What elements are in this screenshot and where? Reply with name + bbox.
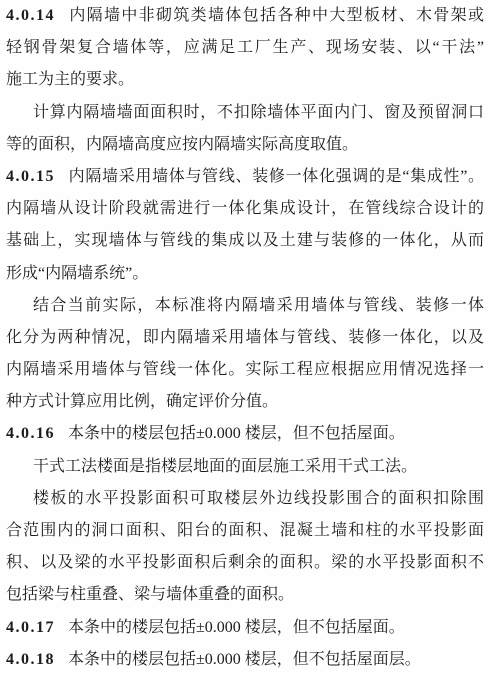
text-line: 4.0.17本条中的楼层包括±0.000 楼层，但不包括屋面。 [6,612,484,644]
line-text: 种方式计算应用比例，确定评价分值。 [6,393,278,410]
text-line: 化分为两种情况，即内隔墙采用墙体与管线、装修一体化，以及 [6,322,484,354]
line-text: 基础上，实现墙体与管线的集成以及土建与装修的一体化，从而 [6,232,484,249]
line-text: 干式工法楼面是指楼层地面的面层施工采用干式工法。 [6,458,417,475]
clause-number: 4.0.15 [6,168,55,185]
line-text: 等的面积，内隔墙高度应按内隔墙实际高度取值。 [6,136,358,153]
line-text: 计算内隔墙墙面面积时，不扣除墙体平面内门、窗及预留洞口 [6,104,484,121]
line-text: 轻钢骨架复合墙体等，应满足工厂生产、现场安装、以“干法” [6,39,484,56]
text-line: 包括梁与柱重叠、梁与墙体重叠的面积。 [6,579,484,611]
line-text: 内隔墙采用墙体与管线、装修一体化强调的是“集成性”。 [68,168,484,185]
text-line: 结合当前实际，本标准将内隔墙采用墙体与管线、装修一体 [6,290,484,322]
line-text: 本条中的楼层包括±0.000 楼层，但不包括屋面。 [68,425,405,442]
text-line: 施工为主的要求。 [6,64,484,96]
text-line: 干式工法楼面是指楼层地面的面层施工采用干式工法。 [6,451,484,483]
line-text: 内隔墙从设计阶段就需进行一体化集成设计，在管线综合设计的 [6,200,484,217]
text-line: 楼板的水平投影面积可取楼层外边线投影围合的面积扣除围 [6,483,484,515]
line-text: 施工为主的要求。 [6,71,134,88]
text-line: 内隔墙从设计阶段就需进行一体化集成设计，在管线综合设计的 [6,193,484,225]
text-line: 积、以及梁的水平投影面积后剩余的面积。梁的水平投影面积不 [6,547,484,579]
text-line: 等的面积，内隔墙高度应按内隔墙实际高度取值。 [6,129,484,161]
line-text: 内隔墙中非砌筑类墙体包括各种中大型板材、木骨架或 [68,7,484,24]
clause-number: 4.0.16 [6,425,55,442]
text-line: 内隔墙采用墙体与管线一体化。实际工程应根据应用情况选择一 [6,354,484,386]
line-text: 形成“内隔墙系统”。 [6,265,148,282]
line-text: 包括梁与柱重叠、梁与墙体重叠的面积。 [6,586,294,603]
clause-number: 4.0.17 [6,619,55,636]
text-line: 4.0.15内隔墙采用墙体与管线、装修一体化强调的是“集成性”。 [6,161,484,193]
text-line: 4.0.18本条中的楼层包括±0.000 楼层，但不包括屋面层。 [6,644,484,676]
text-line: 合范围内的洞口面积、阳台的面积、混凝土墙和柱的水平投影面 [6,515,484,547]
text-line: 4.0.14内隔墙中非砌筑类墙体包括各种中大型板材、木骨架或 [6,0,484,32]
line-text: 合范围内的洞口面积、阳台的面积、混凝土墙和柱的水平投影面 [6,522,484,539]
document-page: 4.0.14内隔墙中非砌筑类墙体包括各种中大型板材、木骨架或轻钢骨架复合墙体等，… [0,0,490,677]
line-text: 积、以及梁的水平投影面积后剩余的面积。梁的水平投影面积不 [6,554,484,571]
line-text: 楼板的水平投影面积可取楼层外边线投影围合的面积扣除围 [6,490,484,507]
text-line: 4.0.16本条中的楼层包括±0.000 楼层，但不包括屋面。 [6,418,484,450]
clause-number: 4.0.14 [6,7,55,24]
text-line: 种方式计算应用比例，确定评价分值。 [6,386,484,418]
text-line: 形成“内隔墙系统”。 [6,258,484,290]
line-text: 内隔墙采用墙体与管线一体化。实际工程应根据应用情况选择一 [6,361,484,378]
clause-number: 4.0.18 [6,651,55,668]
line-text: 本条中的楼层包括±0.000 楼层，但不包括屋面层。 [68,651,421,668]
text-line: 计算内隔墙墙面面积时，不扣除墙体平面内门、窗及预留洞口 [6,97,484,129]
line-text: 本条中的楼层包括±0.000 楼层，但不包括屋面。 [68,619,405,636]
text-line: 轻钢骨架复合墙体等，应满足工厂生产、现场安装、以“干法” [6,32,484,64]
text-line: 基础上，实现墙体与管线的集成以及土建与装修的一体化，从而 [6,225,484,257]
line-text: 化分为两种情况，即内隔墙采用墙体与管线、装修一体化，以及 [6,329,484,346]
line-text: 结合当前实际，本标准将内隔墙采用墙体与管线、装修一体 [6,297,484,314]
